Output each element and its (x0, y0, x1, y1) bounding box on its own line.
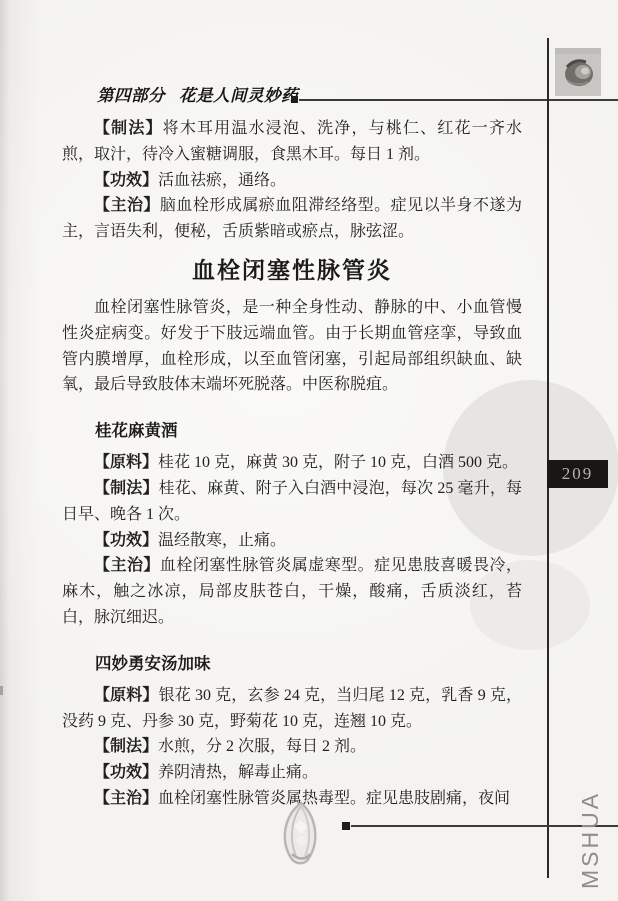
book-subtitle: 花是人间灵妙药 (179, 86, 298, 105)
paragraph-indication: 【主治】脑血栓形成属瘀血阻滞经络型。症见以半身不遂为主，言语失利，便秘，舌质紫暗… (62, 193, 522, 245)
text-preparation: 水煎，分 2 次服，每日 2 剂。 (158, 738, 366, 755)
recipe-2-name: 四妙勇安汤加味 (62, 651, 522, 677)
label-effect: 【功效】 (94, 532, 158, 549)
recipe-1-indication: 【主治】血栓闭塞性脉管炎属虚寒型。症见患肢喜暖畏冷，麻木，触之冰凉，局部皮肤苍白… (62, 553, 522, 630)
header-rule-bullet (291, 96, 298, 103)
page-number: 209 (562, 464, 594, 484)
recipe-2-preparation: 【制法】水煎，分 2 次服，每日 2 剂。 (62, 734, 522, 760)
recipe-1-ingredients: 【原料】桂花 10 克，麻黄 30 克，附子 10 克，白酒 500 克。 (62, 450, 522, 476)
scan-edge-mark (0, 686, 3, 695)
section-label: 第四部分 (97, 86, 165, 105)
text-effect: 活血祛瘀，通络。 (158, 172, 286, 189)
text-indication: 血栓闭塞性脉管炎属热毒型。症见患肢剧痛，夜间 (158, 790, 510, 807)
label-preparation: 【制法】 (94, 738, 158, 755)
label-indication: 【主治】 (94, 197, 160, 214)
label-ingredients: 【原料】 (94, 454, 158, 471)
recipe-1-name: 桂花麻黄酒 (62, 418, 522, 444)
chapter-title: 血栓闭塞性脉管炎 (62, 255, 522, 285)
label-ingredients: 【原料】 (94, 687, 159, 704)
label-effect: 【功效】 (94, 764, 158, 781)
label-indication: 【主治】 (94, 557, 160, 574)
chapter-intro: 血栓闭塞性脉管炎，是一种全身性动、静脉的中、小血管慢性炎症病变。好发于下肢远端血… (62, 295, 522, 398)
footer-rule-bullet (342, 822, 350, 830)
recipe-2-ingredients: 【原料】银花 30 克，玄参 24 克，当归尾 12 克，乳香 9 克，没药 9… (62, 683, 522, 735)
text-effect: 养阴清热，解毒止痛。 (158, 764, 318, 781)
header-rule-line (299, 99, 618, 101)
flower-bud-watermark-icon (274, 800, 328, 866)
page-number-badge: 209 (547, 460, 608, 488)
text-column: 【制法】将木耳用温水浸泡、洗净，与桃仁、红花一齐水煎，取汁，待冷入蜜糖调服，食黑… (62, 116, 522, 812)
shell-ornament-icon (555, 48, 601, 96)
running-head: 第四部分花是人间灵妙药 (97, 82, 298, 106)
margin-vertical-rule (547, 38, 549, 878)
side-watermark-text: MSHUA (577, 791, 604, 889)
label-indication: 【主治】 (94, 790, 158, 807)
label-effect: 【功效】 (94, 172, 158, 189)
recipe-2-effect: 【功效】养阴清热，解毒止痛。 (62, 760, 522, 786)
book-page-scan: 第四部分花是人间灵妙药 209 【制法】将木耳用温水浸泡、洗净，与桃仁、红花一齐… (0, 0, 618, 901)
text-ingredients: 桂花 10 克，麻黄 30 克，附子 10 克，白酒 500 克。 (158, 454, 518, 471)
recipe-1-preparation: 【制法】桂花、麻黄、附子入白酒中浸泡，每次 25 毫升，每日早、晚各 1 次。 (62, 476, 522, 528)
label-preparation: 【制法】 (94, 120, 163, 137)
recipe-1-effect: 【功效】温经散寒，止痛。 (62, 528, 522, 554)
text-effect: 温经散寒，止痛。 (158, 532, 286, 549)
label-preparation: 【制法】 (94, 480, 159, 497)
paragraph-effect: 【功效】活血祛瘀，通络。 (62, 168, 522, 194)
paragraph-preparation: 【制法】将木耳用温水浸泡、洗净，与桃仁、红花一齐水煎，取汁，待冷入蜜糖调服，食黑… (62, 116, 522, 168)
